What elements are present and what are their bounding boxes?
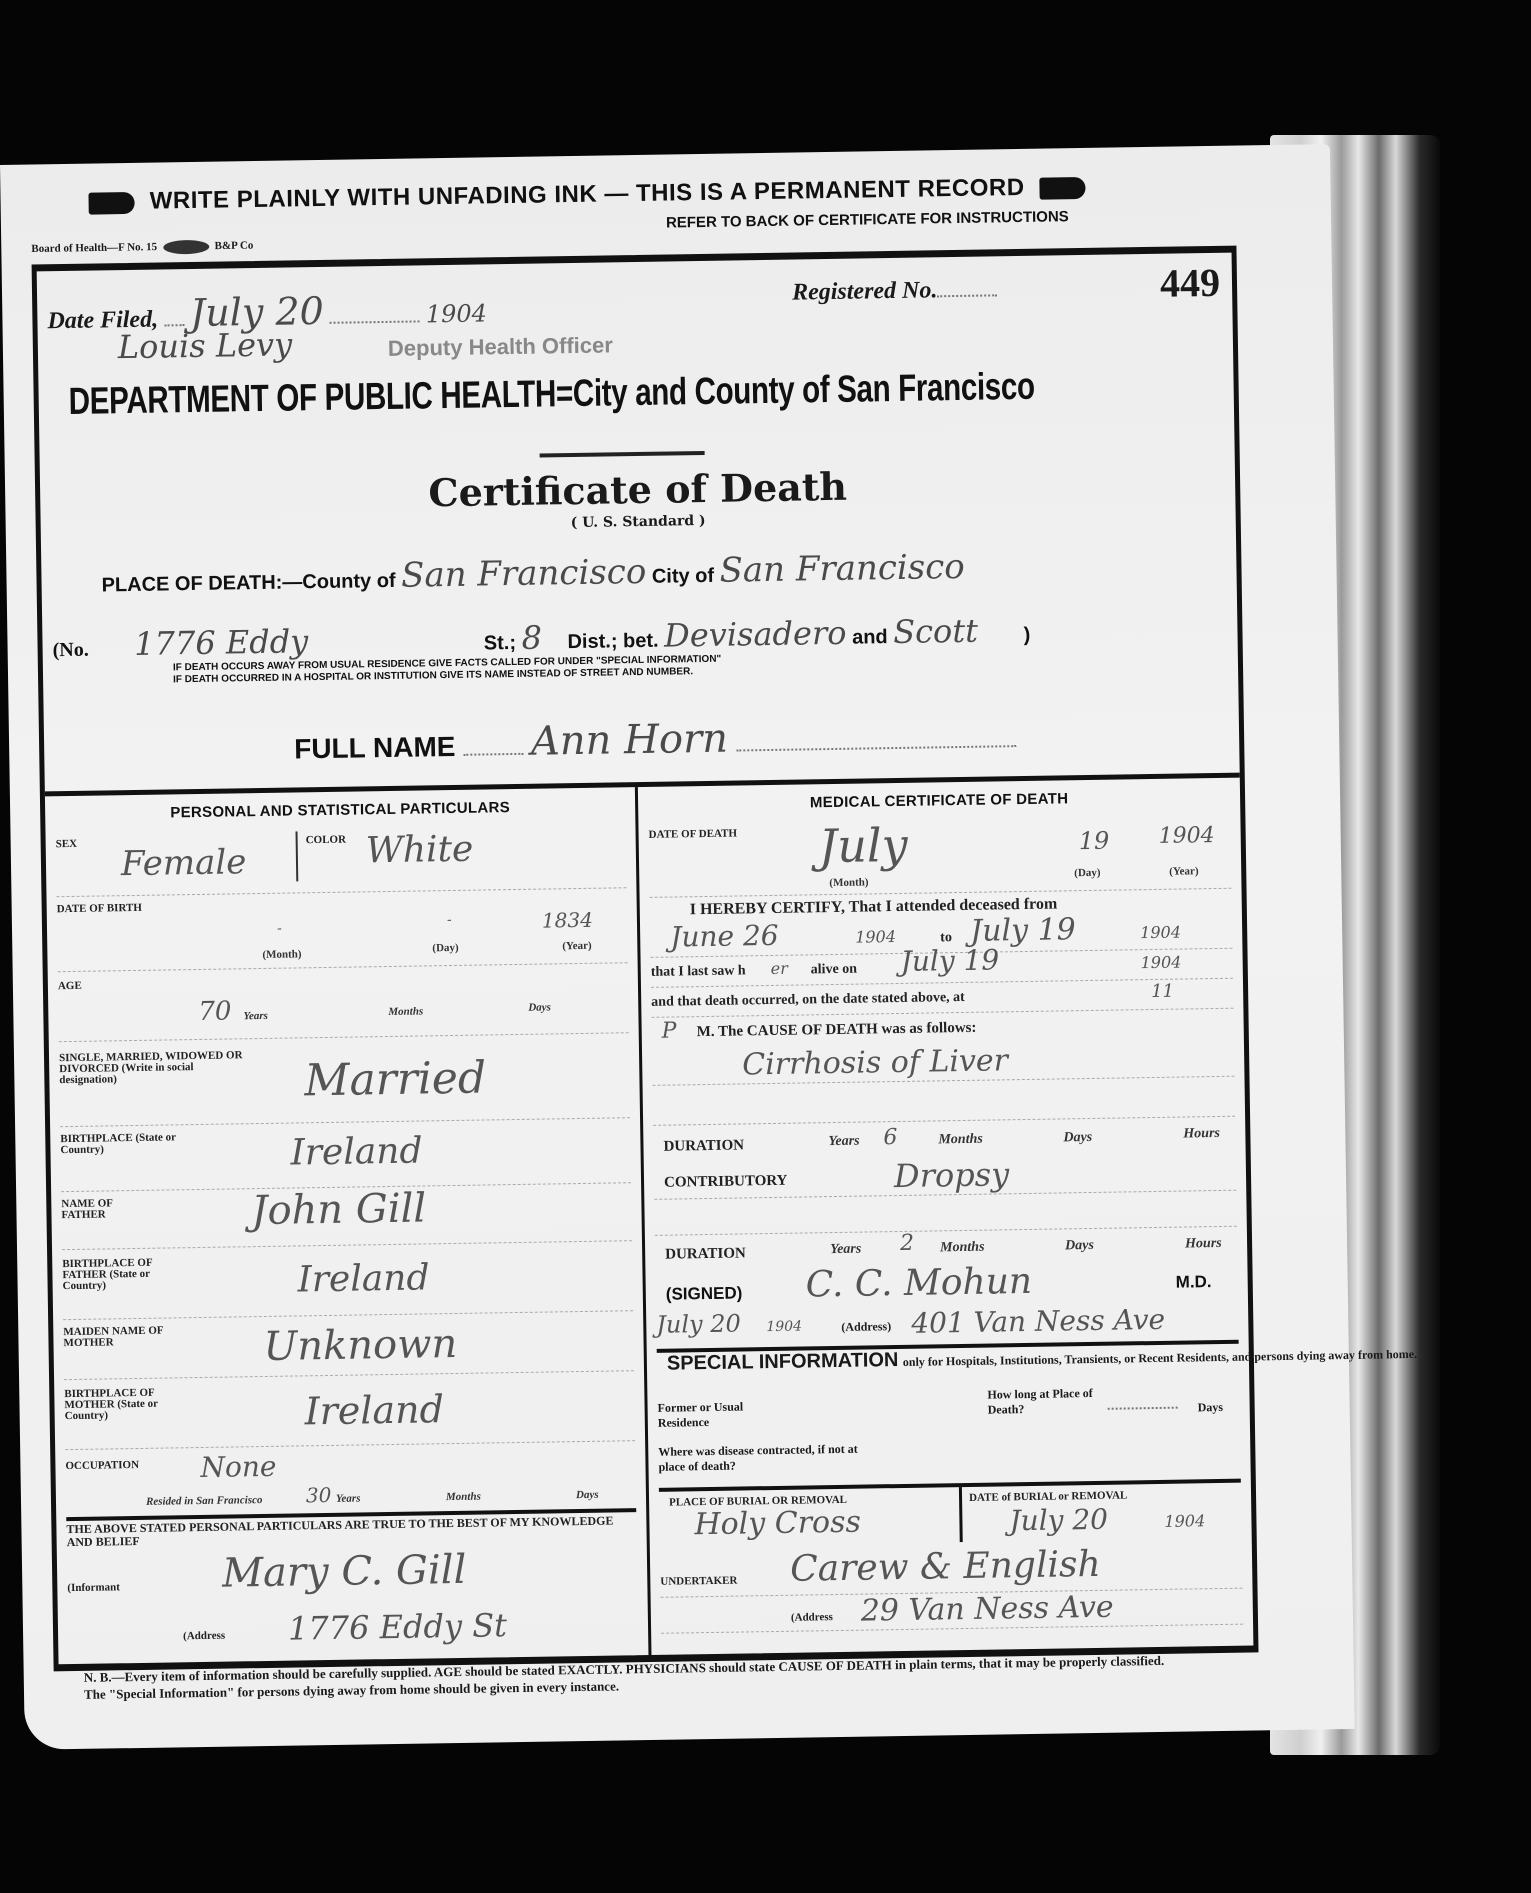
registered-number: 449	[1160, 259, 1221, 307]
street-value: 1776 Eddy	[134, 622, 309, 663]
burial-date: DATE of BURIAL or REMOVAL July 20 1904	[964, 1483, 1242, 1542]
birthplace-row: BIRTHPLACE (State or Country) Ireland	[60, 1117, 631, 1192]
title-rule	[540, 451, 705, 458]
age-row: AGE 70 Years Months Days	[58, 962, 629, 1042]
physician-address: 401 Van Ness Ave	[911, 1303, 1165, 1340]
resided-years: 30	[306, 1483, 332, 1507]
mother-value: Unknown	[263, 1321, 457, 1370]
contributory-value: Dropsy	[894, 1155, 1010, 1195]
undertaker-address-row: (Address 29 Van Ness Ave	[661, 1588, 1244, 1634]
occupation-row: OCCUPATION None Resided in San Francisco…	[65, 1440, 636, 1521]
dob-year: 1834	[542, 908, 593, 933]
personal-particulars: PERSONAL AND STATISTICAL PARTICULARS SEX…	[45, 787, 652, 1669]
between-street-1: Devisadero	[664, 614, 847, 655]
marital-value: Married	[304, 1052, 486, 1106]
deputy-signature: Louis Levy	[118, 325, 293, 366]
date-filed-year: 1904	[426, 299, 488, 328]
between-street-2: Scott	[893, 612, 978, 651]
certificate-frame: Date Filed, July 20 1904 Registered No. …	[32, 246, 1259, 1672]
attended-from: June 26	[670, 919, 779, 954]
death-certificate: WRITE PLAINLY WITH UNFADING INK — THIS I…	[0, 144, 1355, 1750]
personal-heading: PERSONAL AND STATISTICAL PARTICULARS	[45, 797, 635, 823]
undertaker-address: 29 Van Ness Ave	[861, 1590, 1114, 1629]
pointing-hand-icon	[88, 192, 134, 215]
mother-birthplace-row: BIRTHPLACE OF MOTHER (State or Country) …	[64, 1370, 635, 1450]
certificate-sections: PERSONAL AND STATISTICAL PARTICULARS SEX…	[45, 773, 1254, 1670]
informant-address: 1776 Eddy St	[288, 1606, 508, 1647]
full-name-value: Ann Horn	[531, 716, 729, 765]
cause-value: Cirrhosis of Liver	[742, 1043, 1008, 1082]
sex-color-row: SEX Female COLOR White	[55, 822, 626, 897]
burial-block: PLACE OF BURIAL OR REMOVAL Holy Cross DA…	[659, 1483, 1243, 1654]
refer-note: REFER TO BACK OF CERTIFICATE FOR INSTRUC…	[666, 208, 1069, 231]
dod-year: 1904	[1158, 823, 1214, 849]
dob-row: DATE OF BIRTH - - 1834 (Month) (Day) (Ye…	[56, 887, 627, 972]
union-seal-icon	[163, 240, 209, 255]
sex-value: Female	[121, 842, 247, 884]
burial-date-value: July 20	[1009, 1503, 1108, 1538]
medical-heading: MEDICAL CERTIFICATE OF DEATH	[638, 788, 1240, 814]
undertaker-value: Carew & English	[790, 1544, 1101, 1590]
county-value: San Francisco	[401, 552, 647, 596]
burial-place: PLACE OF BURIAL OR REMOVAL Holy Cross	[659, 1487, 963, 1547]
full-name: FULL NAME Ann Horn	[294, 711, 1016, 768]
registered-label: Registered No.	[792, 276, 998, 306]
father-row: NAME OF FATHER John Gill	[61, 1182, 632, 1250]
informant-value: Mary C. Gill	[222, 1547, 467, 1597]
date-of-death-row: DATE OF DEATH July (Month) 19 (Day) 1904…	[648, 813, 1231, 898]
marital-row: SINGLE, MARRIED, WIDOWED OR DIVORCED (Wr…	[59, 1032, 630, 1127]
medical-certificate: MEDICAL CERTIFICATE OF DEATH DATE OF DEA…	[638, 778, 1254, 1660]
burial-place-value: Holy Cross	[694, 1505, 861, 1543]
color-value: White	[365, 829, 473, 872]
place-of-death: PLACE OF DEATH:—County of San Francisco …	[101, 547, 965, 601]
physician-signature: C. C. Mohun	[805, 1261, 1032, 1306]
age-years: 70	[198, 996, 232, 1027]
occupation-value: None	[200, 1450, 276, 1484]
last-saw-date: July 19	[900, 943, 999, 978]
mother-row: MAIDEN NAME OF MOTHER Unknown	[63, 1310, 634, 1380]
duration-1-months: 6	[883, 1125, 897, 1150]
birthplace-value: Ireland	[290, 1130, 423, 1173]
duration-2-months: 2	[900, 1231, 914, 1256]
dod-month: July	[818, 818, 908, 873]
city-value: San Francisco	[719, 547, 965, 591]
death-hour: 11	[1151, 981, 1174, 1002]
father-birthplace-value: Ireland	[297, 1257, 430, 1300]
deputy-title: Deputy Health Officer	[388, 332, 613, 362]
father-birthplace-row: BIRTHPLACE OF FATHER (State or Country) …	[62, 1240, 633, 1320]
signed-date: July 20	[656, 1310, 741, 1339]
district-value: 8	[521, 619, 542, 657]
form-number: Board of Health—F No. 15 B&P Co	[31, 239, 253, 256]
mother-birthplace-value: Ireland	[304, 1387, 444, 1433]
special-information: SPECIAL INFORMATION only for Hospitals, …	[657, 1344, 1241, 1492]
informant-block: THE ABOVE STATED PERSONAL PARTICULARS AR…	[66, 1512, 638, 1661]
pointing-hand-icon	[1040, 177, 1086, 200]
department-title: DEPARTMENT OF PUBLIC HEALTH=City and Cou…	[68, 366, 1035, 424]
dod-day: 19	[1079, 827, 1110, 855]
father-value: John Gill	[251, 1185, 426, 1234]
